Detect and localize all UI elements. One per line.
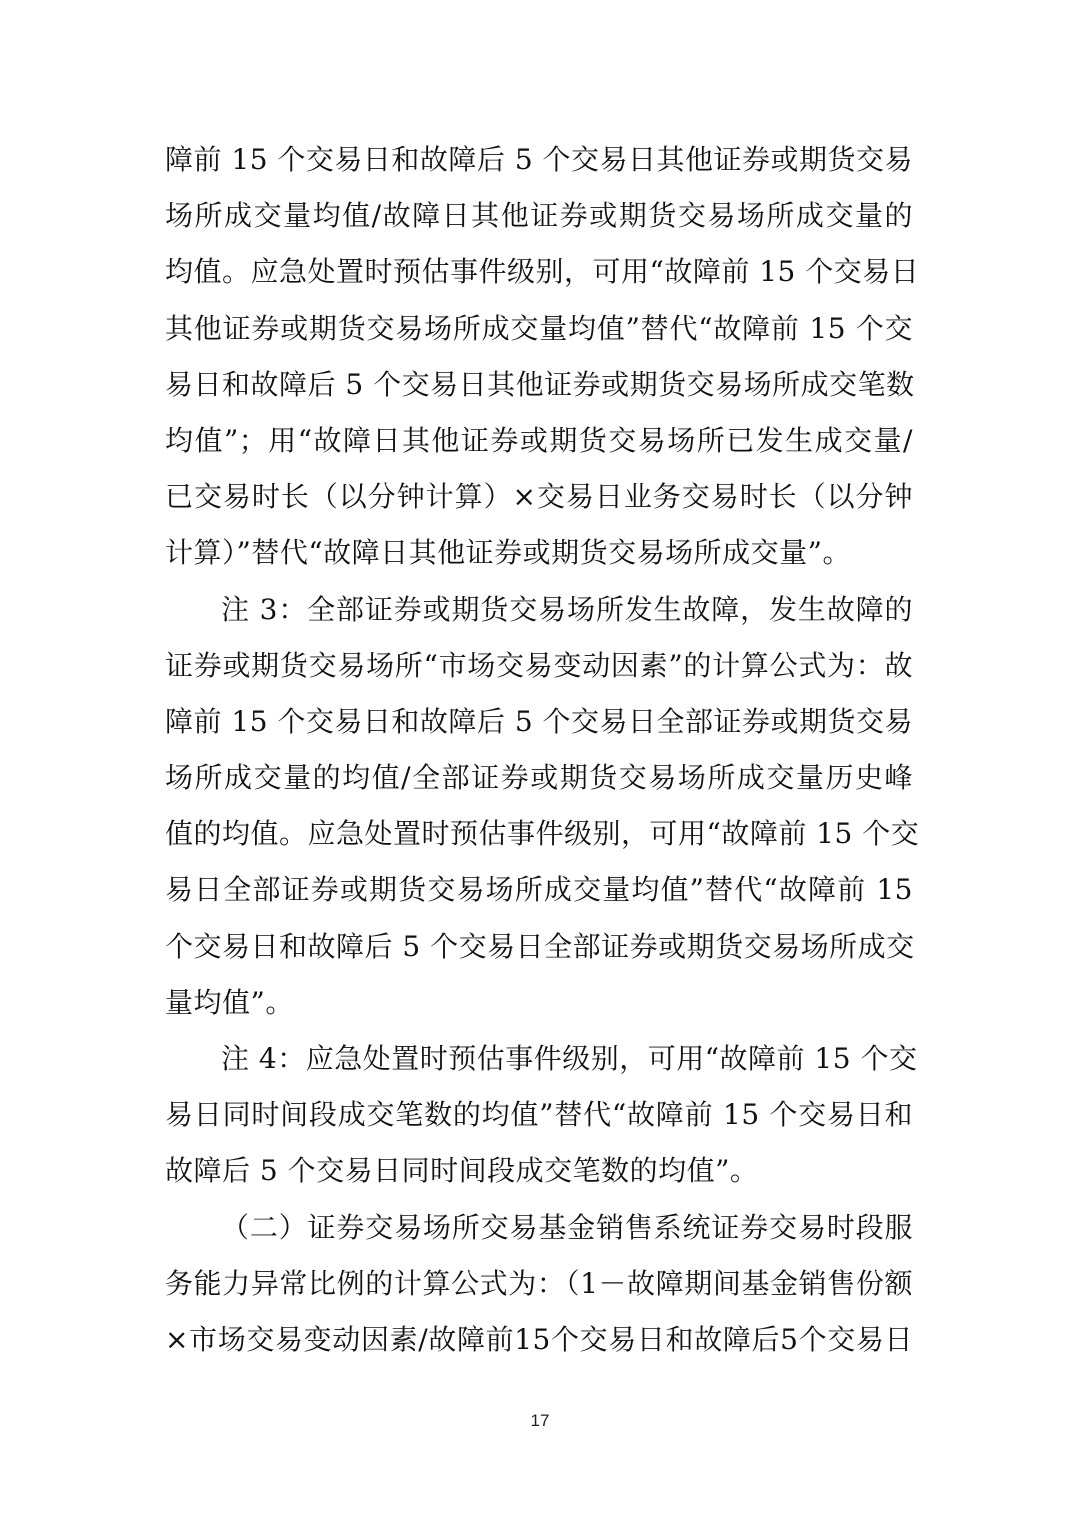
paragraph-note-4: 注 4：应急处置时预估事件级别，可用“故障前 15 个交 易日同时间段成交笔数的…	[165, 1038, 913, 1207]
text-line: 场所成交量的均值/全部证券或期货交易场所成交量历史峰	[165, 757, 913, 813]
document-body: 障前 15 个交易日和故障后 5 个交易日其他证券或期货交易 场所成交量均值/故…	[165, 139, 913, 1375]
paragraph-section-2: （二）证券交易场所交易基金销售系统证券交易时段服 务能力异常比例的计算公式为：（…	[165, 1207, 913, 1376]
text-line: 值的均值。应急处置时预估事件级别，可用“故障前 15 个交	[165, 813, 913, 869]
text-line: 易日全部证券或期货交易场所成交量均值”替代“故障前 15	[165, 869, 913, 925]
paragraph-note-3: 注 3：全部证券或期货交易场所发生故障，发生故障的 证券或期货交易场所“市场交易…	[165, 589, 913, 1039]
text-line: 务能力异常比例的计算公式为：（1－故障期间基金销售份额	[165, 1263, 913, 1319]
text-line: 证券或期货交易场所“市场交易变动因素”的计算公式为：故	[165, 645, 913, 701]
text-line: 易日同时间段成交笔数的均值”替代“故障前 15 个交易日和	[165, 1094, 913, 1150]
page-number: 17	[0, 1411, 1080, 1431]
paragraph-continuation: 障前 15 个交易日和故障后 5 个交易日其他证券或期货交易 场所成交量均值/故…	[165, 139, 913, 589]
text-line: 均值”；用“故障日其他证券或期货交易场所已发生成交量/	[165, 420, 913, 476]
text-line: 量均值”。	[165, 982, 913, 1038]
text-line: 障前 15 个交易日和故障后 5 个交易日全部证券或期货交易	[165, 701, 913, 757]
text-line: 注 3：全部证券或期货交易场所发生故障，发生故障的	[165, 589, 913, 645]
text-line: ×市场交易变动因素/故障前15个交易日和故障后5个交易日	[165, 1319, 913, 1375]
text-line: 已交易时长（以分钟计算）×交易日业务交易时长（以分钟	[165, 476, 913, 532]
document-page: 障前 15 个交易日和故障后 5 个交易日其他证券或期货交易 场所成交量均值/故…	[0, 0, 1080, 1527]
text-line: 易日和故障后 5 个交易日其他证券或期货交易场所成交笔数	[165, 364, 913, 420]
section-heading-line: （二）证券交易场所交易基金销售系统证券交易时段服	[165, 1207, 913, 1263]
text-line: 注 4：应急处置时预估事件级别，可用“故障前 15 个交	[165, 1038, 913, 1094]
text-line: 个交易日和故障后 5 个交易日全部证券或期货交易场所成交	[165, 926, 913, 982]
text-line: 障前 15 个交易日和故障后 5 个交易日其他证券或期货交易	[165, 139, 913, 195]
text-line: 计算）”替代“故障日其他证券或期货交易场所成交量”。	[165, 532, 913, 588]
text-line: 其他证券或期货交易场所成交量均值”替代“故障前 15 个交	[165, 308, 913, 364]
text-line: 均值。应急处置时预估事件级别，可用“故障前 15 个交易日	[165, 251, 913, 307]
text-line: 场所成交量均值/故障日其他证券或期货交易场所成交量的	[165, 195, 913, 251]
text-line: 故障后 5 个交易日同时间段成交笔数的均值”。	[165, 1150, 913, 1206]
